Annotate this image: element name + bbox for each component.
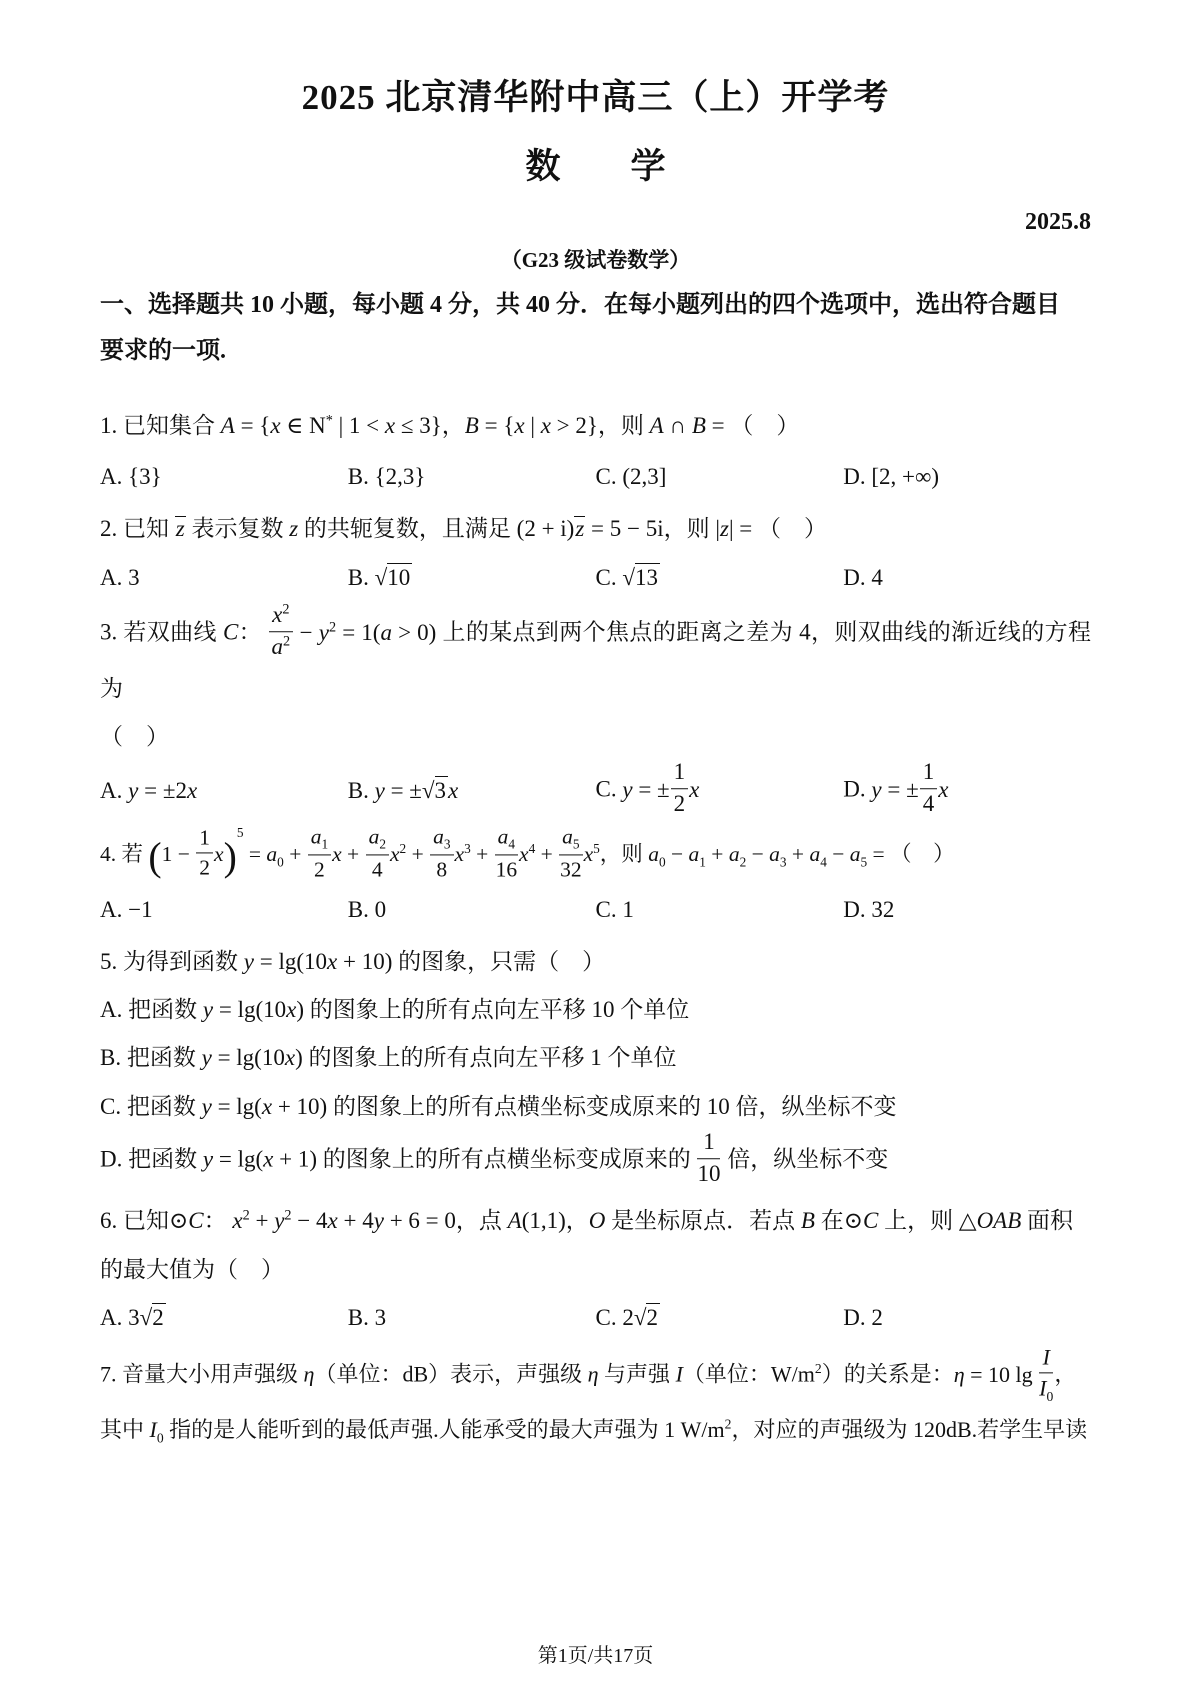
question-1-option-a: A. {3} [100, 453, 348, 501]
question-2-options: A. 3 B. √10 C. √13 D. 4 [100, 554, 1091, 602]
question-6-stem: 6. 已知⊙C： x2 + y2 − 4x + 4y + 6 = 0，点 A(1… [100, 1197, 1091, 1294]
question-2: 2. 已知 z 表示复数 z 的共轭复数，且满足 (2 + i)z = 5 − … [100, 505, 1091, 602]
question-6-option-b: B. 3 [348, 1294, 596, 1342]
question-5-option-c: C. 把函数 y = lg(x + 10) 的图象上的所有点横坐标变成原来的 1… [100, 1083, 1091, 1131]
question-3-option-c: C. y = ±12x [596, 761, 844, 822]
question-1: 1. 已知集合 A = {x ∈ N* | 1 < x ≤ 3}，B = {x … [100, 398, 1091, 501]
page-title: 2025 北京清华附中高三（上）开学考 [100, 76, 1091, 120]
question-4-stem: 4. 若 (1 − 12x)5 = a0 + a12x + a24x2 + a3… [100, 826, 1091, 886]
question-3-options: A. y = ±2x B. y = ±√3x C. y = ±12x D. y … [100, 761, 1091, 822]
question-5-option-d: D. 把函数 y = lg(x + 1) 的图象上的所有点横坐标变成原来的 11… [100, 1131, 1091, 1192]
question-2-option-d: D. 4 [843, 554, 1091, 602]
question-5-option-a: A. 把函数 y = lg(10x) 的图象上的所有点向左平移 10 个单位 [100, 986, 1091, 1034]
question-4-option-b: B. 0 [348, 886, 596, 934]
question-5: 5. 为得到函数 y = lg(10x + 10) 的图象，只需（ ） A. 把… [100, 938, 1091, 1192]
question-6-option-d: D. 2 [843, 1294, 1091, 1342]
question-3-stem: 3. 若双曲线 C： x2a2 − y2 = 1(a > 0) 上的某点到两个焦… [100, 604, 1091, 761]
question-3-option-a: A. y = ±2x [100, 767, 348, 815]
section-heading: 一、选择题共 10 小题，每小题 4 分，共 40 分．在每小题列出的四个选项中… [100, 282, 1091, 374]
question-2-option-a: A. 3 [100, 554, 348, 602]
page-footer: 第1页/共17页 [0, 1639, 1191, 1668]
question-5-option-b: B. 把函数 y = lg(10x) 的图象上的所有点向左平移 1 个单位 [100, 1034, 1091, 1082]
exam-date: 2025.8 [100, 208, 1091, 237]
question-7-stem: 7. 音量大小用声强级 η（单位：dB）表示，声强级 η 与声强 I（单位：W/… [100, 1346, 1091, 1453]
subject-title: 数 学 [100, 146, 1091, 188]
question-3: 3. 若双曲线 C： x2a2 − y2 = 1(a > 0) 上的某点到两个焦… [100, 604, 1091, 822]
question-6-option-c: C. 2√2 [596, 1294, 844, 1342]
question-4-option-c: C. 1 [596, 886, 844, 934]
question-6-options: A. 3√2 B. 3 C. 2√2 D. 2 [100, 1294, 1091, 1342]
exam-page: 2025 北京清华附中高三（上）开学考 数 学 2025.8 （G23 级试卷数… [0, 0, 1191, 1684]
question-5-stem: 5. 为得到函数 y = lg(10x + 10) 的图象，只需（ ） [100, 938, 1091, 986]
question-3-option-b: B. y = ±√3x [348, 767, 596, 815]
question-3-option-d: D. y = ±14x [843, 761, 1091, 822]
question-6: 6. 已知⊙C： x2 + y2 − 4x + 4y + 6 = 0，点 A(1… [100, 1197, 1091, 1342]
question-4: 4. 若 (1 − 12x)5 = a0 + a12x + a24x2 + a3… [100, 826, 1091, 934]
question-2-option-b: B. √10 [348, 554, 596, 602]
question-1-option-b: B. {2,3} [348, 453, 596, 501]
question-2-option-c: C. √13 [596, 554, 844, 602]
question-4-option-a: A. −1 [100, 886, 348, 934]
question-1-option-c: C. (2,3] [596, 453, 844, 501]
question-4-option-d: D. 32 [843, 886, 1091, 934]
question-1-options: A. {3} B. {2,3} C. (2,3] D. [2, +∞) [100, 453, 1091, 501]
question-6-option-a: A. 3√2 [100, 1294, 348, 1342]
question-1-option-d: D. [2, +∞) [843, 453, 1091, 501]
question-2-stem: 2. 已知 z 表示复数 z 的共轭复数，且满足 (2 + i)z = 5 − … [100, 505, 1091, 553]
question-7: 7. 音量大小用声强级 η（单位：dB）表示，声强级 η 与声强 I（单位：W/… [100, 1346, 1091, 1453]
paper-subtitle: （G23 级试卷数学） [100, 247, 1091, 274]
question-1-stem: 1. 已知集合 A = {x ∈ N* | 1 < x ≤ 3}，B = {x … [100, 398, 1091, 453]
question-4-options: A. −1 B. 0 C. 1 D. 32 [100, 886, 1091, 934]
